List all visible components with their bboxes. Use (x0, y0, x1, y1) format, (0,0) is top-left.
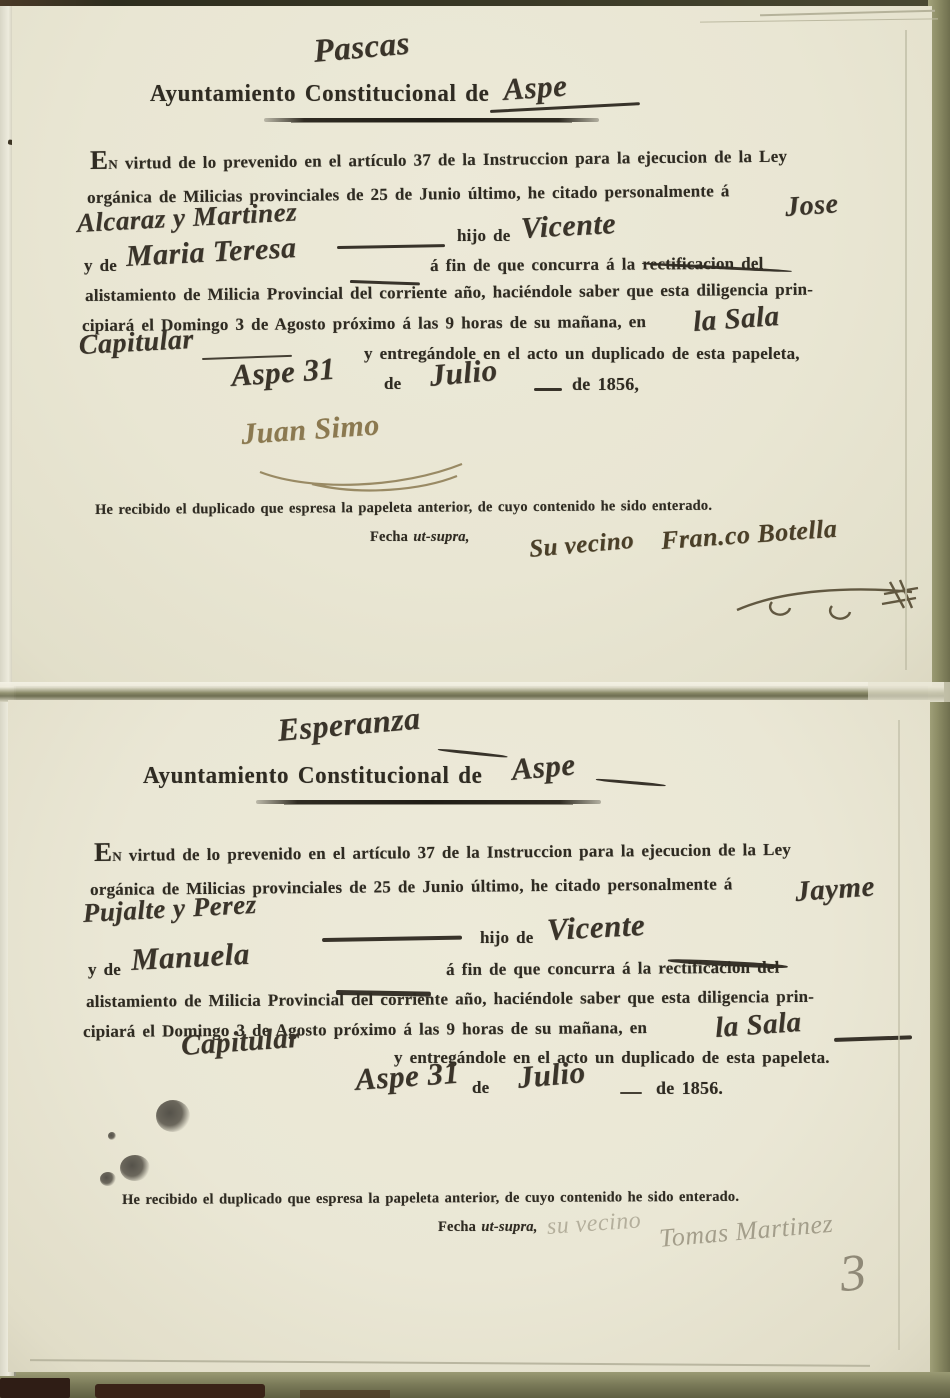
body-line-1-text: virtud de lo prevenido en el artículo 37… (125, 147, 787, 173)
handwritten-date-place: Aspe 31 (230, 351, 337, 394)
handwritten-receipt-prefix: su vecino (546, 1207, 642, 1241)
handwritten-heading: Pascas (312, 26, 411, 71)
body-line-1: EN virtud de lo prevenido en el artículo… (90, 145, 787, 174)
receipt-fecha: Fecha ut-supra, (370, 529, 470, 546)
handwritten-given-name: Jayme (794, 870, 876, 908)
handwritten-receipt-signature: Tomas Martinez (658, 1209, 834, 1254)
sheet-number: 3 (837, 1243, 869, 1304)
body-line-1: EN virtud de lo prevenido en el artículo… (94, 838, 791, 866)
handwritten-place-1: la Sala (692, 300, 781, 339)
printed-hijo-de: hijo de (457, 226, 511, 246)
body-line-6: cipiará el Domingo 3 de Agosto próximo á… (83, 1018, 647, 1042)
papeleta-2: Esperanza Ayuntamiento Constitucional de… (8, 700, 930, 1372)
document-title: Ayuntamiento Constitucional de (150, 80, 490, 108)
body-line-1-text: virtud de lo prevenido en el artículo 37… (129, 840, 791, 865)
handwritten-father-name: Vicente (520, 207, 617, 246)
printed-hijo-de: hijo de (480, 928, 534, 948)
handwritten-town: Aspe (502, 68, 568, 108)
ink-blot (120, 1155, 150, 1181)
handwritten-given-name: Jose (784, 188, 839, 224)
handwritten-dash (620, 1092, 642, 1094)
handwritten-date-place: Aspe 31 (354, 1055, 461, 1098)
receipt-line: He recibido el duplicado que espresa la … (95, 498, 712, 519)
handwritten-dash (534, 388, 562, 391)
dropcap-small: N (108, 157, 118, 172)
handwritten-flourish-stroke (438, 748, 508, 758)
printed-year: de 1856. (656, 1078, 723, 1099)
handwritten-dash (322, 936, 462, 942)
handwritten-heading: Esperanza (276, 700, 422, 749)
printed-de: de (472, 1078, 489, 1098)
fecha-ut-supra: ut-supra, (413, 529, 469, 545)
page-seam-fade (868, 682, 950, 702)
title-rule (256, 800, 601, 804)
handwritten-place-1: la Sala (714, 1006, 803, 1045)
handwritten-flourish-stroke (596, 778, 666, 787)
handwritten-receipt-prefix: Su vecino (528, 527, 635, 564)
cover-dark-patch (300, 1390, 390, 1398)
handwritten-month: Julio (516, 1054, 587, 1096)
handwritten-mother-name: Maria Teresa (125, 231, 297, 274)
signature-flourish (252, 454, 482, 494)
handwritten-month: Julio (428, 352, 499, 394)
body-line-5: alistamiento de Milicia Provincial del c… (85, 280, 813, 306)
fecha-ut-supra: ut-supra, (481, 1219, 537, 1235)
receipt-fecha: Fecha ut-supra, (438, 1219, 538, 1236)
page-fold-line (905, 30, 907, 670)
body-line-4: á fin de que concurra á la rectificacion… (430, 254, 764, 276)
ink-blot (108, 1132, 116, 1140)
page-fold-line (898, 720, 900, 1350)
receipt-signature-rubric (732, 572, 922, 627)
printed-y-de: y de (88, 960, 121, 980)
cover-dark-patch (0, 1378, 70, 1398)
handwritten-receipt-signature: Fran.co Botella (660, 514, 838, 556)
fecha-label: Fecha (438, 1219, 476, 1235)
handwritten-flourish-stroke (834, 1035, 912, 1042)
receipt-line: He recibido el duplicado que espresa la … (122, 1189, 739, 1209)
ink-blot (156, 1100, 190, 1132)
dropcap-small: N (112, 849, 122, 864)
body-line-7: y entregándole en el acto un duplicado d… (394, 1048, 830, 1068)
fecha-label: Fecha (370, 529, 408, 545)
printed-year: de 1856, (572, 374, 639, 395)
handwritten-town: Aspe (510, 746, 577, 787)
handwritten-place-2: Capitular (78, 324, 195, 362)
book-scan: Pascas Ayuntamiento Constitucional de As… (0, 0, 950, 1398)
body-line-4: á fin de que concurra á la rectificacion… (446, 958, 780, 980)
handwritten-dash (337, 244, 445, 249)
dropcap-initial: E (94, 837, 112, 867)
ink-blot (100, 1172, 116, 1186)
title-rule (264, 118, 599, 122)
handwritten-father-name: Vicente (546, 907, 646, 948)
printed-y-de: y de (84, 256, 117, 276)
handwritten-place-2: Capitular (180, 1022, 301, 1063)
handwritten-signature: Juan Simo (240, 408, 381, 452)
page-seam (0, 682, 944, 702)
dropcap-initial: E (90, 145, 109, 175)
body-line-5: alistamiento de Milicia Provincial del c… (86, 987, 814, 1012)
cover-dark-patch (95, 1384, 265, 1398)
handwritten-mother-name: Manuela (130, 936, 251, 978)
printed-de: de (384, 374, 401, 394)
document-title: Ayuntamiento Constitucional de (143, 762, 483, 790)
papeleta-1: Pascas Ayuntamiento Constitucional de As… (12, 6, 932, 686)
